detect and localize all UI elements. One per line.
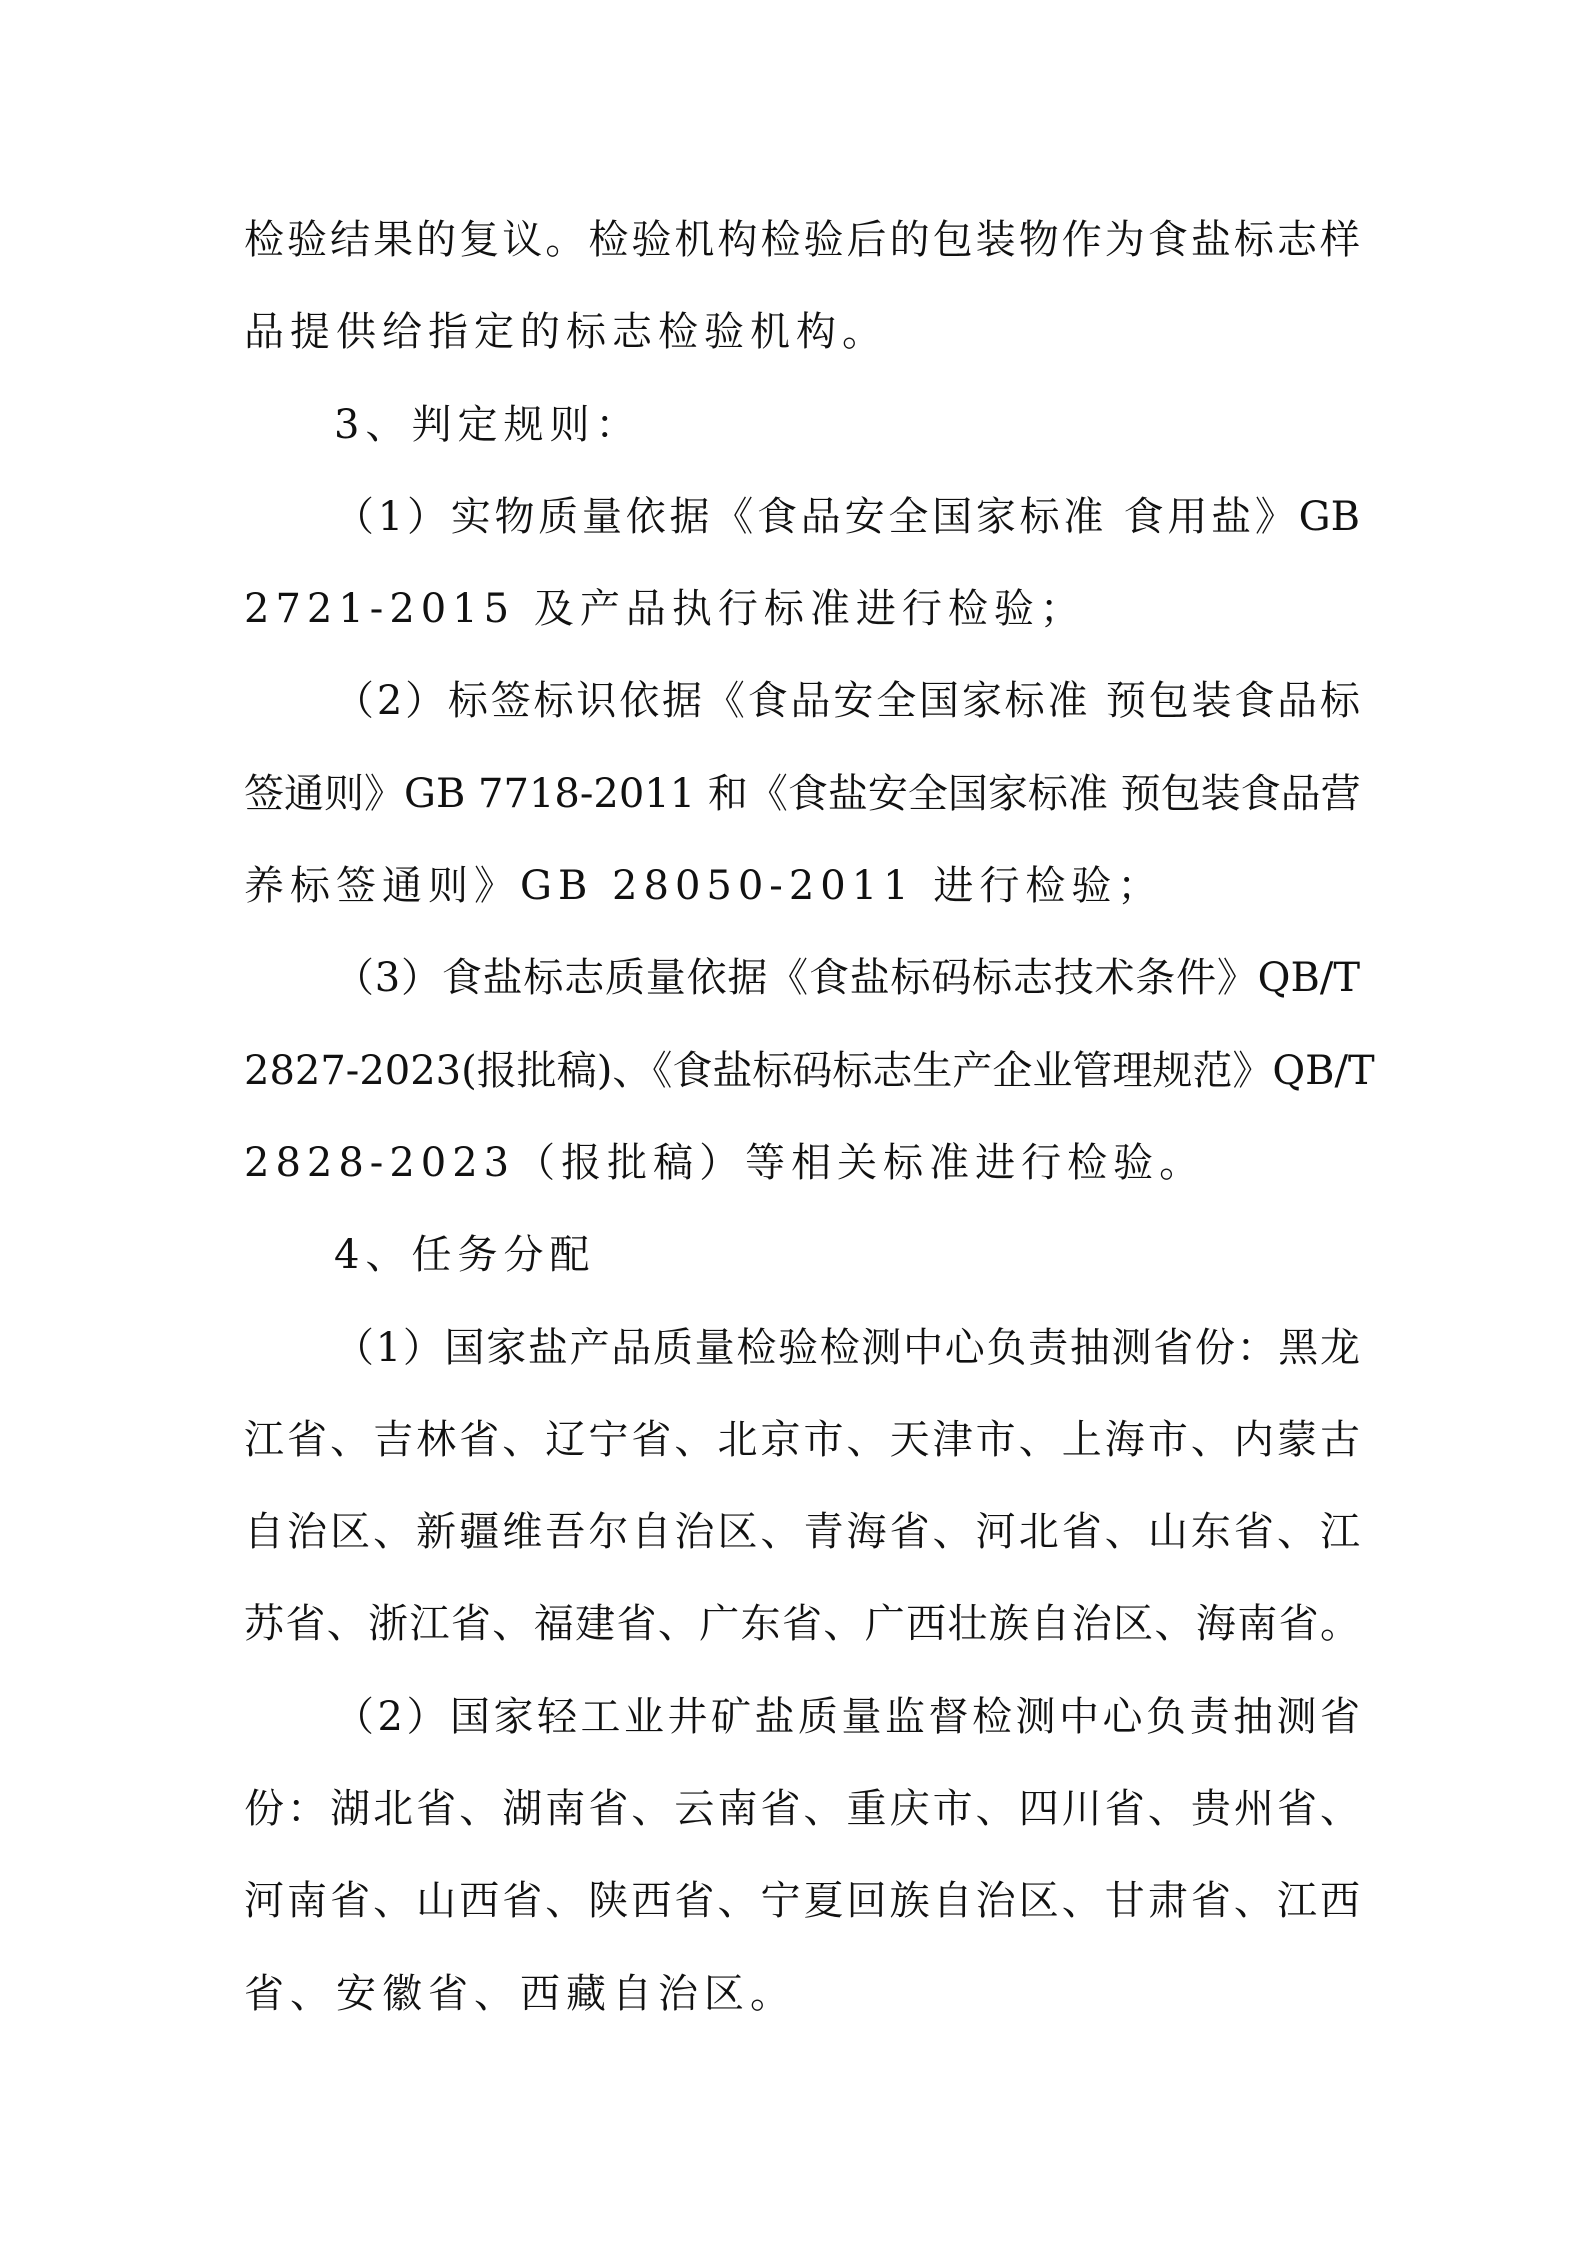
paragraph-line: 省、安徽省、西藏自治区。 — [244, 1966, 1360, 2058]
paragraph-line: （2）国家轻工业井矿盐质量监督检测中心负责抽测省 — [244, 1689, 1360, 1781]
paragraph-line: 品提供给指定的标志检验机构。 — [244, 304, 1360, 396]
paragraph-line: 2721-2015 及产品执行标准进行检验； — [244, 581, 1360, 673]
paragraph-line: 养标签通则》GB 28050-2011 进行检验； — [244, 858, 1360, 950]
document-page: 检验结果的复议。检验机构检验后的包装物作为食盐标志样 品提供给指定的标志检验机构… — [244, 212, 1360, 2058]
paragraph-line: 2827-2023(报批稿)、《食盐标码标志生产企业管理规范》QB/T — [244, 1043, 1360, 1135]
paragraph-line: 河南省、山西省、陕西省、宁夏回族自治区、甘肃省、江西 — [244, 1873, 1360, 1965]
paragraph-line: （1）实物质量依据《食品安全国家标准 食用盐》GB — [244, 489, 1360, 581]
paragraph-line: 签通则》GB 7718-2011 和《食盐安全国家标准 预包装食品营 — [244, 766, 1360, 858]
paragraph-line: （1）国家盐产品质量检验检测中心负责抽测省份：黑龙 — [244, 1320, 1360, 1412]
paragraph-line: （3）食盐标志质量依据《食盐标码标志技术条件》QB/T — [244, 950, 1360, 1042]
section-heading-judgement-rules: 3、判定规则： — [244, 397, 1360, 489]
paragraph-line: 2828-2023（报批稿）等相关标准进行检验。 — [244, 1135, 1360, 1227]
section-heading-task-allocation: 4、任务分配 — [244, 1227, 1360, 1319]
paragraph-line: （2）标签标识依据《食品安全国家标准 预包装食品标 — [244, 673, 1360, 765]
paragraph-line: 自治区、新疆维吾尔自治区、青海省、河北省、山东省、江 — [244, 1504, 1360, 1596]
paragraph-line: 苏省、浙江省、福建省、广东省、广西壮族自治区、海南省。 — [244, 1596, 1360, 1688]
paragraph-line: 江省、吉林省、辽宁省、北京市、天津市、上海市、内蒙古 — [244, 1412, 1360, 1504]
paragraph-line: 检验结果的复议。检验机构检验后的包装物作为食盐标志样 — [244, 212, 1360, 304]
paragraph-line: 份：湖北省、湖南省、云南省、重庆市、四川省、贵州省、 — [244, 1781, 1360, 1873]
